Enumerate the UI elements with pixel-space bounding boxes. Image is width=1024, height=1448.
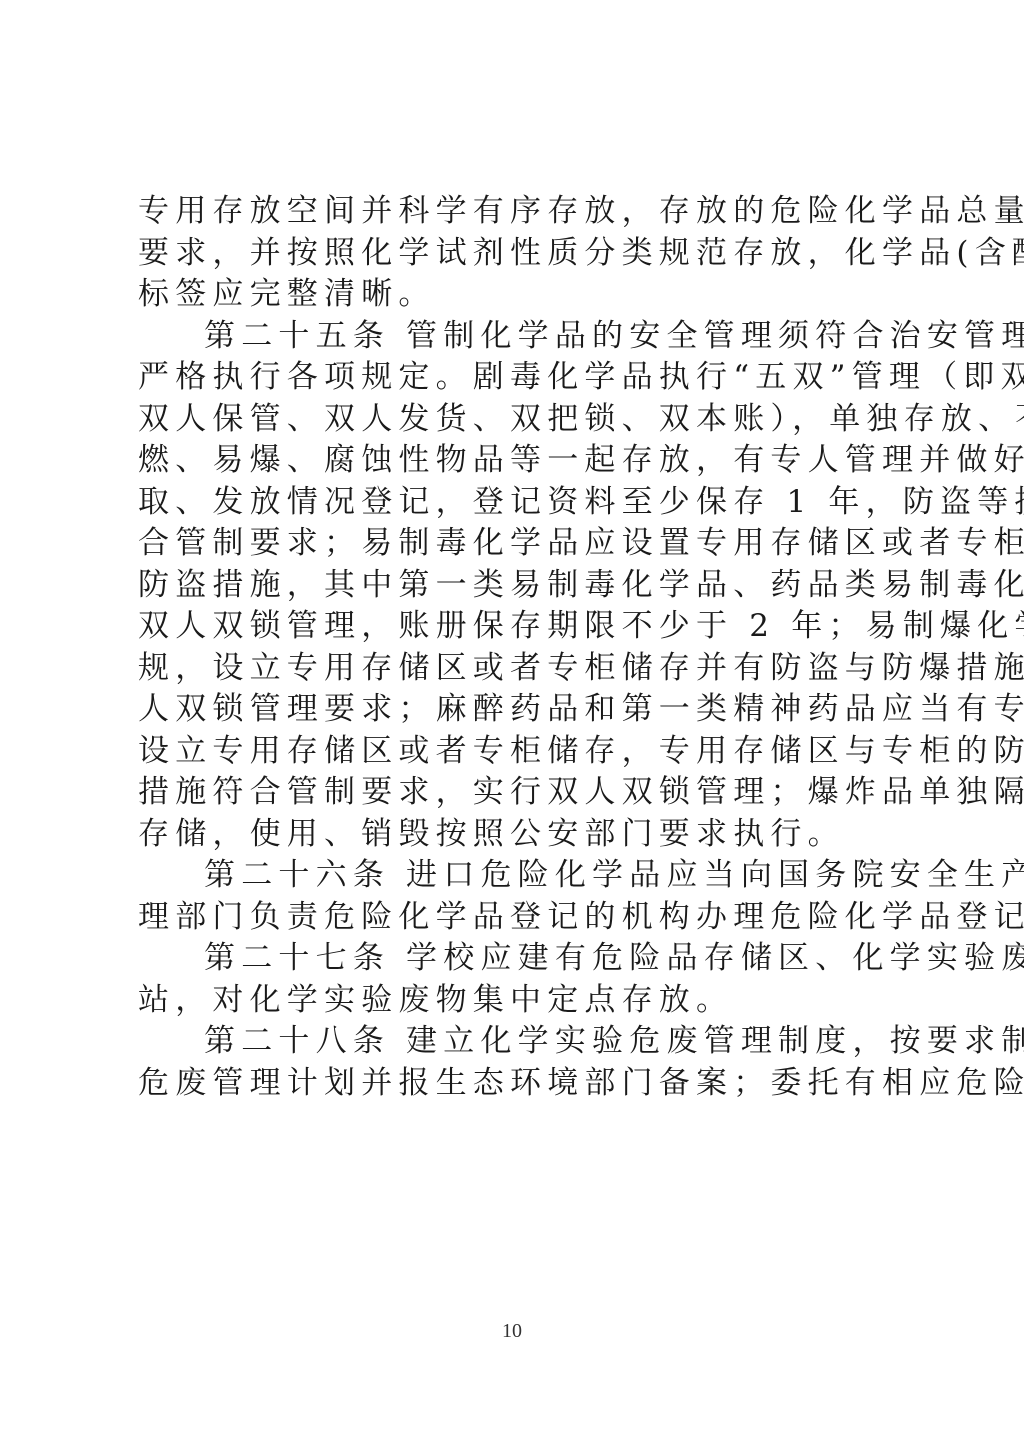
- document-body: 专用存放空间并科学有序存放，存放的危险化学品总量符合规定 要求，并按照化学试剂性…: [138, 191, 896, 1104]
- page-number: 10: [0, 1320, 1024, 1343]
- article-27-heading-line: 第二十七条 学校应建有危险品存储区、化学实验废物贮存: [138, 938, 896, 980]
- article-28-heading-line: 第二十八条 建立化学实验危废管理制度，按要求制定实验: [138, 1021, 896, 1063]
- text-line: 站，对化学实验废物集中定点存放。: [138, 980, 896, 1022]
- text-line: 双人双锁管理，账册保存期限不少于 2 年；易制爆化学品存量合: [138, 606, 896, 648]
- text-line: 双人保管、双人发货、双把锁、双本账），单独存放、不得与易: [138, 399, 896, 441]
- text-line: 设立专用存储区或者专柜储存，专用存储区与专柜的防盗等技防: [138, 731, 896, 773]
- text-line: 危废管理计划并报生态环境部门备案；委托有相应危险废物经营: [138, 1063, 896, 1105]
- document-page: 专用存放空间并科学有序存放，存放的危险化学品总量符合规定 要求，并按照化学试剂性…: [0, 0, 1024, 1448]
- text-line: 标签应完整清晰。: [138, 274, 896, 316]
- text-line: 存储，使用、销毁按照公安部门要求执行。: [138, 814, 896, 856]
- text-line: 措施符合管制要求，实行双人双锁管理；爆炸品单独隔离、限量: [138, 772, 896, 814]
- article-26-heading-line: 第二十六条 进口危险化学品应当向国务院安全生产监督管: [138, 855, 896, 897]
- text-line: 规，设立专用存储区或者专柜储存并有防盗与防爆措施，符合双: [138, 648, 896, 690]
- text-line: 人双锁管理要求；麻醉药品和第一类精神药品应当有专用账册，: [138, 689, 896, 731]
- text-line: 合管制要求；易制毒化学品应设置专用存储区或者专柜储存并有: [138, 523, 896, 565]
- text-line: 理部门负责危险化学品登记的机构办理危险化学品登记。: [138, 897, 896, 939]
- text-line: 专用存放空间并科学有序存放，存放的危险化学品总量符合规定: [138, 191, 896, 233]
- text-line: 严格执行各项规定。剧毒化学品执行“五双”管理（即双人验收、: [138, 357, 896, 399]
- text-line: 要求，并按照化学试剂性质分类规范存放，化学品(含配制试剂): [138, 233, 896, 275]
- article-25-heading-line: 第二十五条 管制化学品的安全管理须符合治安管理要求，: [138, 316, 896, 358]
- text-line: 防盗措施，其中第一类易制毒化学品、药品类易制毒化学品实行: [138, 565, 896, 607]
- text-line: 燃、易爆、腐蚀性物品等一起存放，有专人管理并做好贮存、领: [138, 440, 896, 482]
- text-line: 取、发放情况登记，登记资料至少保存 1 年，防盗等技防措施符: [138, 482, 896, 524]
